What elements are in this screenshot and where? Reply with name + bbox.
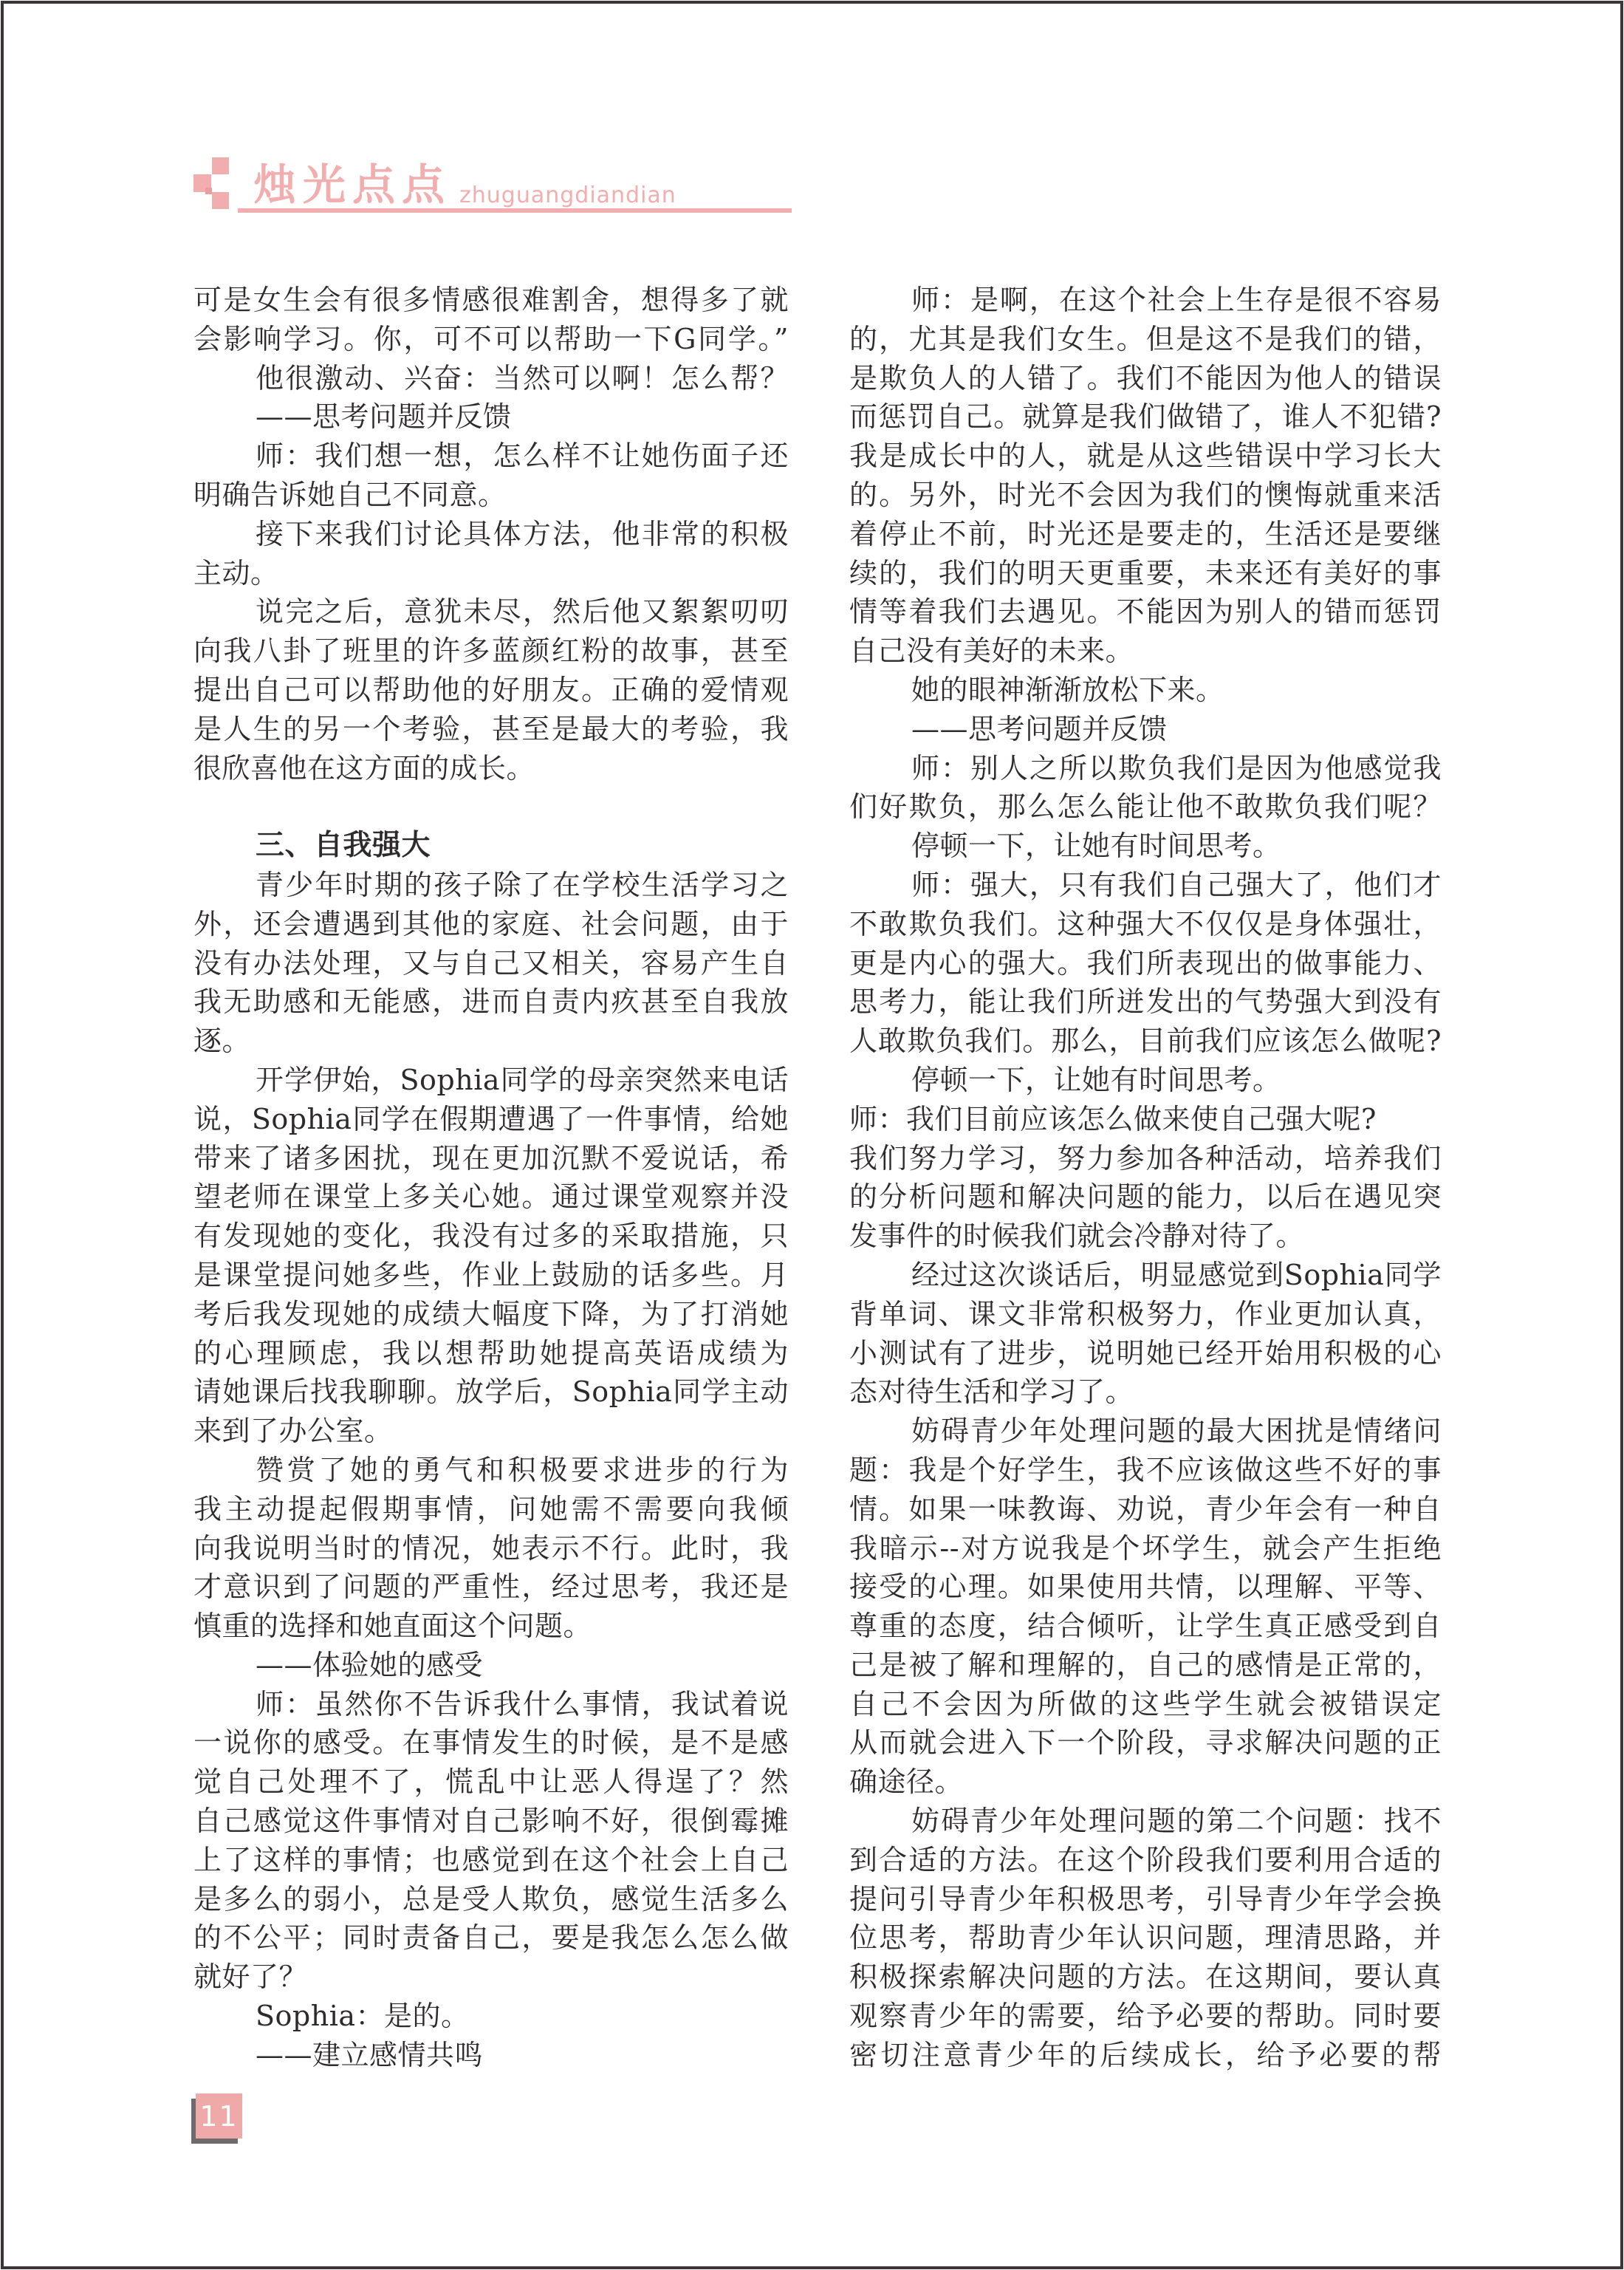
text-line: ——思考问题并反馈	[849, 710, 1442, 749]
text-line: 师：别人之所以欺负我们是因为他感觉我	[849, 749, 1442, 788]
text-line: 他很激动、兴奋：当然可以啊！怎么帮？	[193, 359, 789, 398]
right-column: 师：是啊，在这个社会上生存是很不容易的，尤其是我们女生。但是这不是我们的错，是欺…	[849, 281, 1442, 2075]
page-number-badge: 11	[196, 2093, 242, 2139]
text-line: 慎重的选择和她直面这个问题。	[193, 1607, 789, 1646]
text-line: 觉自己处理不了，慌乱中让恶人得逞了？然后，	[193, 1763, 789, 1802]
text-line: 来到了办公室。	[193, 1412, 789, 1451]
text-line: 带来了诸多困扰，现在更加沉默不爱说话，希	[193, 1139, 789, 1178]
text-line: 经过这次谈话后，明显感觉到Sophia同学	[849, 1256, 1442, 1295]
text-line: 会影响学习。你，可不可以帮助一下G同学。”	[193, 320, 789, 359]
column-title: 烛光点点	[253, 161, 451, 208]
text-line: 妨碍青少年处理问题的第二个问题：找不	[849, 1802, 1442, 1841]
text-line: 向我八卦了班里的许多蓝颜红粉的故事，甚至	[193, 632, 789, 671]
text-line: 外，还会遭遇到其他的家庭、社会问题，由于	[193, 905, 789, 944]
text-line: 就好了？	[193, 1958, 789, 1997]
text-line: 没有办法处理，又与自己又相关，容易产生自	[193, 944, 789, 983]
text-line: 小测试有了进步，说明她已经开始用积极的心	[849, 1334, 1442, 1373]
text-line: 接下来我们讨论具体方法，他非常的积极	[193, 515, 789, 554]
text-line: Sophia：是的。	[193, 1997, 789, 2036]
text-line: 背单词、课文非常积极努力，作业更加认真，	[849, 1295, 1442, 1334]
text-line: 人敢欺负我们。那么，目前我们应该怎么做呢?	[849, 1022, 1442, 1061]
text-line: 自己没有美好的未来。	[849, 632, 1442, 671]
text-line: 的，尤其是我们女生。但是这不是我们的错，	[849, 320, 1442, 359]
text-line: 自己不会因为所做的这些学生就会被错误定义，	[849, 1685, 1442, 1724]
text-line: 青少年时期的孩子除了在学校生活学习之	[193, 866, 789, 905]
header-underline	[238, 208, 792, 213]
text-line: 我主动提起假期事情，问她需不需要向我倾诉，	[193, 1490, 789, 1529]
text-line: 是多么的弱小，总是受人欺负，感觉生活多么	[193, 1880, 789, 1919]
text-line: 的。另外，时光不会因为我们的懊悔就重来活	[849, 476, 1442, 515]
text-line: 主动。	[193, 554, 789, 593]
logo-square-top	[212, 157, 229, 174]
text-line: 说，Sophia同学在假期遭遇了一件事情，给她	[193, 1100, 789, 1139]
text-line: 提出自己可以帮助他的好朋友。正确的爱情观	[193, 671, 789, 710]
column-title-pinyin: zhuguangdiandian	[459, 182, 676, 209]
text-line: 思考力，能让我们所迸发出的气势强大到没有	[849, 982, 1442, 1022]
text-line: 师：我们想一想，怎么样不让她伤面子还	[193, 437, 789, 476]
text-line: 明确告诉她自己不同意。	[193, 476, 789, 515]
text-line: 停顿一下，让她有时间思考。	[849, 827, 1442, 866]
text-line: 她的眼神渐渐放松下来。	[849, 671, 1442, 710]
logo-square-bottom	[212, 192, 229, 209]
text-line: 是课堂提问她多些，作业上鼓励的话多些。月	[193, 1256, 789, 1295]
text-line: 的分析问题和解决问题的能力，以后在遇见突	[849, 1177, 1442, 1217]
text-line: 望老师在课堂上多关心她。通过课堂观察并没	[193, 1177, 789, 1217]
text-line: 我是成长中的人，就是从这些错误中学习长大	[849, 437, 1442, 476]
text-line: 到合适的方法。在这个阶段我们要利用合适的	[849, 1841, 1442, 1880]
text-line: 妨碍青少年处理问题的最大困扰是情绪问	[849, 1412, 1442, 1451]
text-line: 我暗示--对方说我是个坏学生，就会产生拒绝	[849, 1529, 1442, 1568]
text-line: 逐。	[193, 1022, 789, 1061]
text-line: ——建立感情共鸣	[193, 2036, 789, 2075]
text-line: 说完之后，意犹未尽，然后他又絮絮叨叨	[193, 592, 789, 632]
text-line: 的心理顾虑，我以想帮助她提高英语成绩为由，	[193, 1334, 789, 1373]
text-line: 题：我是个好学生，我不应该做这些不好的事	[849, 1451, 1442, 1490]
text-line: 确途径。	[849, 1763, 1442, 1802]
text-line: 情等着我们去遇见。不能因为别人的错而惩罚	[849, 592, 1442, 632]
text-line: 赞赏了她的勇气和积极要求进步的行为后，	[193, 1451, 789, 1490]
text-line: 续的，我们的明天更重要，未来还有美好的事	[849, 554, 1442, 593]
text-line: 提问引导青少年积极思考，引导青少年学会换	[849, 1880, 1442, 1919]
logo-square-small	[205, 188, 212, 194]
text-line: 们好欺负，那么怎么能让他不敢欺负我们呢？	[849, 787, 1442, 827]
left-column: 可是女生会有很多情感很难割舍，想得多了就会影响学习。你，可不可以帮助一下G同学。…	[193, 281, 789, 2075]
text-line: 可是女生会有很多情感很难割舍，想得多了就	[193, 281, 789, 320]
text-line: 师：是啊，在这个社会上生存是很不容易	[849, 281, 1442, 320]
text-line: 的不公平；同时责备自己，要是我怎么怎么做	[193, 1918, 789, 1958]
text-line: 观察青少年的需要，给予必要的帮助。同时要	[849, 1997, 1442, 2036]
text-line: 态对待生活和学习了。	[849, 1372, 1442, 1412]
text-line: 密切注意青少年的后续成长，给予必要的帮助、	[849, 2036, 1442, 2075]
text-line: 向我说明当时的情况，她表示不行。此时，我	[193, 1529, 789, 1568]
text-line: 考后我发现她的成绩大幅度下降，为了打消她	[193, 1295, 789, 1334]
text-line: 着停止不前，时光还是要走的，生活还是要继	[849, 515, 1442, 554]
text-line: 是欺负人的人错了。我们不能因为他人的错误	[849, 359, 1442, 398]
text-line: 不敢欺负我们。这种强大不仅仅是身体强壮，	[849, 905, 1442, 944]
text-line: 师：我们目前应该怎么做来使自己强大呢?	[849, 1100, 1442, 1139]
text-line: 一说你的感受。在事情发生的时候，是不是感	[193, 1723, 789, 1763]
text-line: 才意识到了问题的严重性，经过思考，我还是	[193, 1568, 789, 1607]
magazine-page: 烛光点点 zhuguangdiandian 可是女生会有很多情感很难割舍，想得多…	[0, 0, 1624, 2270]
page-number: 11	[199, 2100, 238, 2133]
text-line: 而惩罚自己。就算是我们做错了，谁人不犯错?	[849, 397, 1442, 437]
text-line: 停顿一下，让她有时间思考。	[849, 1061, 1442, 1100]
text-line: 接受的心理。如果使用共情，以理解、平等、	[849, 1568, 1442, 1607]
text-line: 很欣喜他在这方面的成长。	[193, 749, 789, 788]
text-line: 我无助感和无能感，进而自责内疚甚至自我放	[193, 982, 789, 1022]
text-line: 我们努力学习，努力参加各种活动，培养我们	[849, 1139, 1442, 1178]
text-line: 发事件的时候我们就会冷静对待了。	[849, 1217, 1442, 1256]
text-line: 积极探索解决问题的方法。在这期间，要认真	[849, 1958, 1442, 1997]
text-line: 开学伊始，Sophia同学的母亲突然来电话	[193, 1061, 789, 1100]
text-line: 情。如果一味教诲、劝说，青少年会有一种自	[849, 1490, 1442, 1529]
text-line: 尊重的态度，结合倾听，让学生真正感受到自	[849, 1607, 1442, 1646]
text-line: 从而就会进入下一个阶段，寻求解决问题的正	[849, 1723, 1442, 1763]
text-line: 有发现她的变化，我没有过多的采取措施，只	[193, 1217, 789, 1256]
text-line: 是人生的另一个考验，甚至是最大的考验，我	[193, 710, 789, 749]
section-heading: 三、自我强大	[193, 827, 789, 866]
text-line: 更是内心的强大。我们所表现出的做事能力、	[849, 944, 1442, 983]
text-line: 自己感觉这件事情对自己影响不好，很倒霉摊	[193, 1802, 789, 1841]
text-line: 上了这样的事情；也感觉到在这个社会上自己	[193, 1841, 789, 1880]
text-line: 己是被了解和理解的，自己的感情是正常的，	[849, 1646, 1442, 1685]
text-line: 请她课后找我聊聊。放学后，Sophia同学主动	[193, 1372, 789, 1412]
text-line: ——思考问题并反馈	[193, 397, 789, 437]
text-line: 位思考，帮助青少年认识问题，理清思路，并	[849, 1918, 1442, 1958]
text-line: ——体验她的感受	[193, 1646, 789, 1685]
text-line: 师：强大，只有我们自己强大了，他们才	[849, 866, 1442, 905]
text-line: 师：虽然你不告诉我什么事情，我试着说	[193, 1685, 789, 1724]
